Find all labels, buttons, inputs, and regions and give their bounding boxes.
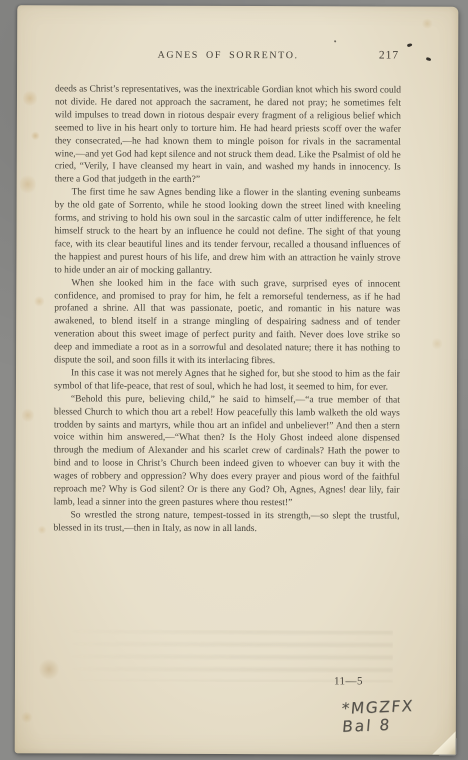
page-header: AGNES OF SORRENTO. 217: [55, 49, 401, 66]
foxing-spot: [421, 19, 433, 29]
foxing-spot: [34, 295, 44, 307]
pencil-call-number-line2: Bal 8: [341, 715, 413, 736]
body-paragraph: “Behold this pure, believing child,” he …: [54, 393, 400, 510]
pencil-call-number-line1: *MGZFX: [341, 697, 415, 718]
folded-corner-flap: [432, 731, 456, 755]
body-paragraph: deeds as Christ’s representatives, was t…: [55, 83, 401, 187]
body-text-block: deeds as Christ’s representatives, was t…: [53, 83, 401, 536]
foxing-spot: [22, 407, 34, 423]
page-number: 217: [379, 49, 399, 61]
foxing-spot: [20, 173, 36, 195]
ink-speck: [334, 40, 336, 42]
foxing-spot: [21, 711, 33, 723]
body-paragraph: The first time he saw Agnes bending like…: [54, 187, 400, 279]
body-paragraph: When she looked him in the face with suc…: [54, 277, 400, 369]
body-paragraph: So wrestled the strong nature, tempest-t…: [53, 509, 399, 536]
pencil-call-number: *MGZFX Bal 8: [339, 697, 414, 736]
printer-signature-mark: 11—5: [334, 675, 363, 687]
foxing-spot: [432, 337, 442, 351]
foxing-spot: [39, 657, 59, 681]
foxing-spot: [37, 525, 46, 534]
foxing-spot: [31, 131, 40, 140]
book-page: AGNES OF SORRENTO. 217 deeds as Christ’s…: [15, 5, 459, 755]
ink-speck: [426, 57, 432, 61]
running-head-title: AGNES OF SORRENTO.: [55, 49, 401, 61]
ink-speck: [407, 43, 413, 48]
foxing-spot: [23, 89, 37, 107]
body-paragraph: In this case it was not merely Agnes tha…: [54, 367, 400, 394]
